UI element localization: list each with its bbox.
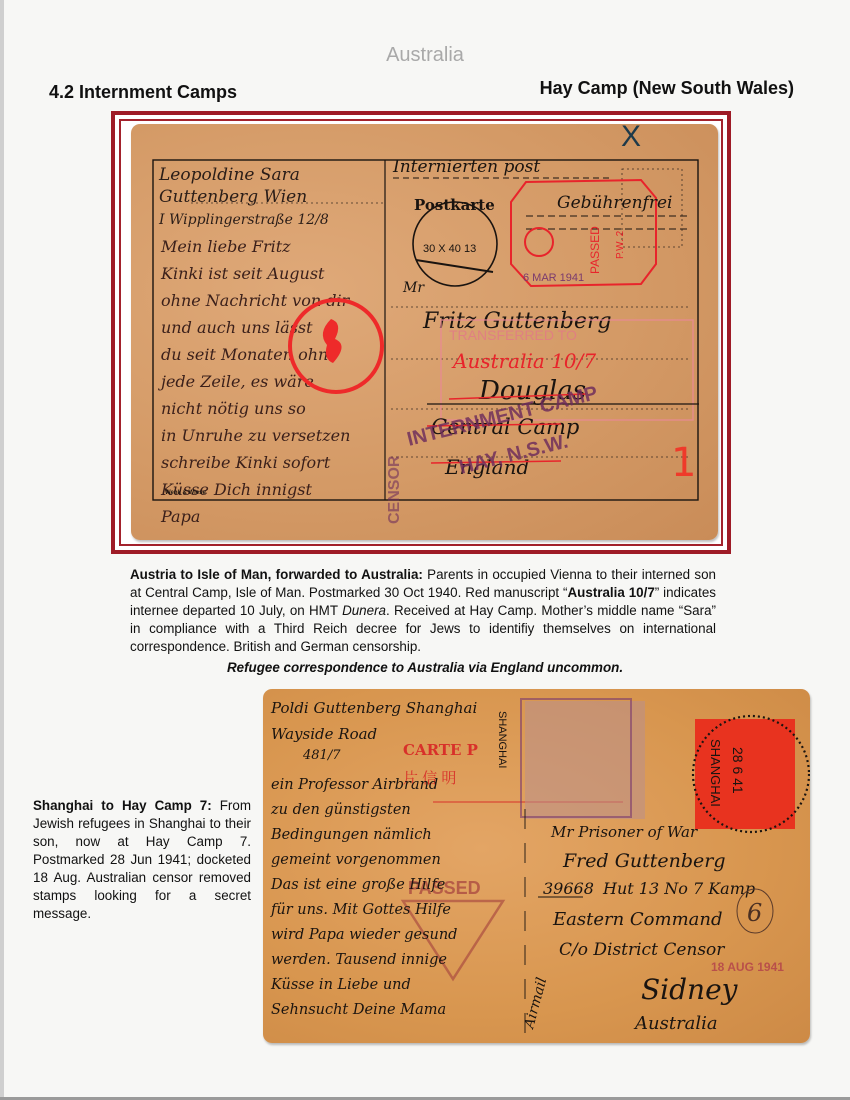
cross-mark: X [621,124,641,153]
destination-city: Sidney [641,973,739,1006]
message-line: gemeint vorgenommen [271,852,441,868]
printer-imprint: Wenk & Wiese [165,490,207,496]
postcard-illustration-2: SHANGHAI 28 6 41 CARTE P 片 信 明 SHANGHAI … [263,689,810,1043]
message-line: Sehnsucht Deine Mama [271,1002,446,1018]
postcard-shanghai-to-hay: SHANGHAI 28 6 41 CARTE P 片 信 明 SHANGHAI … [263,689,810,1043]
postcard-illustration: Leopoldine Sara Guttenberg Wien I Wippli… [131,124,718,540]
message-line: in Unruhe zu versetzen [161,426,350,445]
exhibit1-tagline: Refugee correspondence to Australia via … [0,660,850,675]
address-title: Mr Prisoner of War [550,823,698,841]
handwritten-message: Mein liebe FritzKinki ist seit Augustohn… [158,237,351,526]
hut-number: Hut 13 No 7 Kamp [602,879,755,898]
manuscript-australia: Australia 10/7 [451,349,596,373]
page-left-edge [0,0,4,1100]
message-line: Küsse in Liebe und [270,977,411,993]
fee-free-label: Gebührenfrei [557,193,672,213]
exhibit2-caption-heading: Shanghai to Hay Camp 7: [33,798,212,813]
message-line: jede Zeile, es wäre [158,372,314,391]
message-line: Papa [160,507,200,526]
country-heading: Australia [0,44,850,67]
postmark-date: 30 X 40 13 [423,243,476,255]
ship-name: Dunera [342,603,386,618]
address-title: Mr [402,280,425,296]
transferred-stamp: TRANSFERRED TO [449,327,577,343]
eastern-command: Eastern Command [552,909,723,930]
message-line: schreibe Kinki sofort [161,453,331,472]
sender-line-1: Poldi Guttenberg Shanghai [270,699,477,717]
shanghai-postmark-vertical: SHANGHAI [496,711,508,768]
sender-line-2: Wayside Road [271,725,377,743]
district-censor: C/o District Censor [559,940,725,960]
sender-line-3: 481/7 [302,748,341,763]
message-line: wird Papa wieder gesund [271,927,457,943]
censor-passed-label: PASSED [588,226,602,274]
sender-line-1: Leopoldine Sara [158,165,300,185]
sender-line-2: Guttenberg Wien [159,187,307,207]
message-line: ein Professor Airbrand [271,777,438,793]
destination-country: Australia [633,1013,718,1034]
message-line: für uns. Mit Gottes Hilfe [270,902,451,918]
docket-date-stamp: 18 AUG 1941 [711,960,784,974]
exhibit1-caption: Austria to Isle of Man, forwarded to Aus… [130,566,716,656]
message-line: werden. Tausend innige [271,952,447,968]
card-header: Internierten post [392,157,540,177]
message-line: Kinki ist seit August [160,264,325,283]
addressee-name: Fred Guttenberg [562,850,726,872]
carte-postale-label: CARTE P [403,741,478,759]
exhibit2-caption: Shanghai to Hay Camp 7: From Jewish refu… [33,797,251,923]
exhibit1-caption-quote: Australia 10/7 [568,585,655,600]
british-censor-stamp: CENSOR [386,455,403,524]
message-line: zu den günstigsten [270,802,411,818]
pow-number: 39668 [543,879,594,898]
postcard-vienna-to-isle-of-man: Leopoldine Sara Guttenberg Wien I Wippli… [131,124,718,540]
red-numeral-mark: 1 [671,440,696,486]
postmark-date-shanghai: 28 6 41 [730,747,746,794]
postmark-city: SHANGHAI [708,739,723,807]
message-line: Das ist eine große Hilfe [270,877,445,893]
message-line: Bedingungen nämlich [270,827,432,843]
exhibit2-caption-text: From Jewish refugees in Shanghai to thei… [33,798,251,921]
postcard-label: Postkarte [414,196,495,214]
message-line: Mein liebe Fritz [160,237,291,256]
message-line: du seit Monaten ohne [161,345,338,364]
censor-pw-label: P.W. 2 [615,230,626,259]
circled-docket-number: 6 [747,899,762,927]
message-line: nicht nötig uns so [161,399,306,418]
camp-title: Hay Camp (New South Wales) [540,78,794,99]
exhibit1-caption-heading: Austria to Isle of Man, forwarded to Aus… [130,567,423,582]
censor-date: 6 MAR 1941 [523,272,584,284]
sender-line-3: I Wipplingerstraße 12/8 [158,212,329,228]
section-title: 4.2 Internment Camps [49,82,237,103]
